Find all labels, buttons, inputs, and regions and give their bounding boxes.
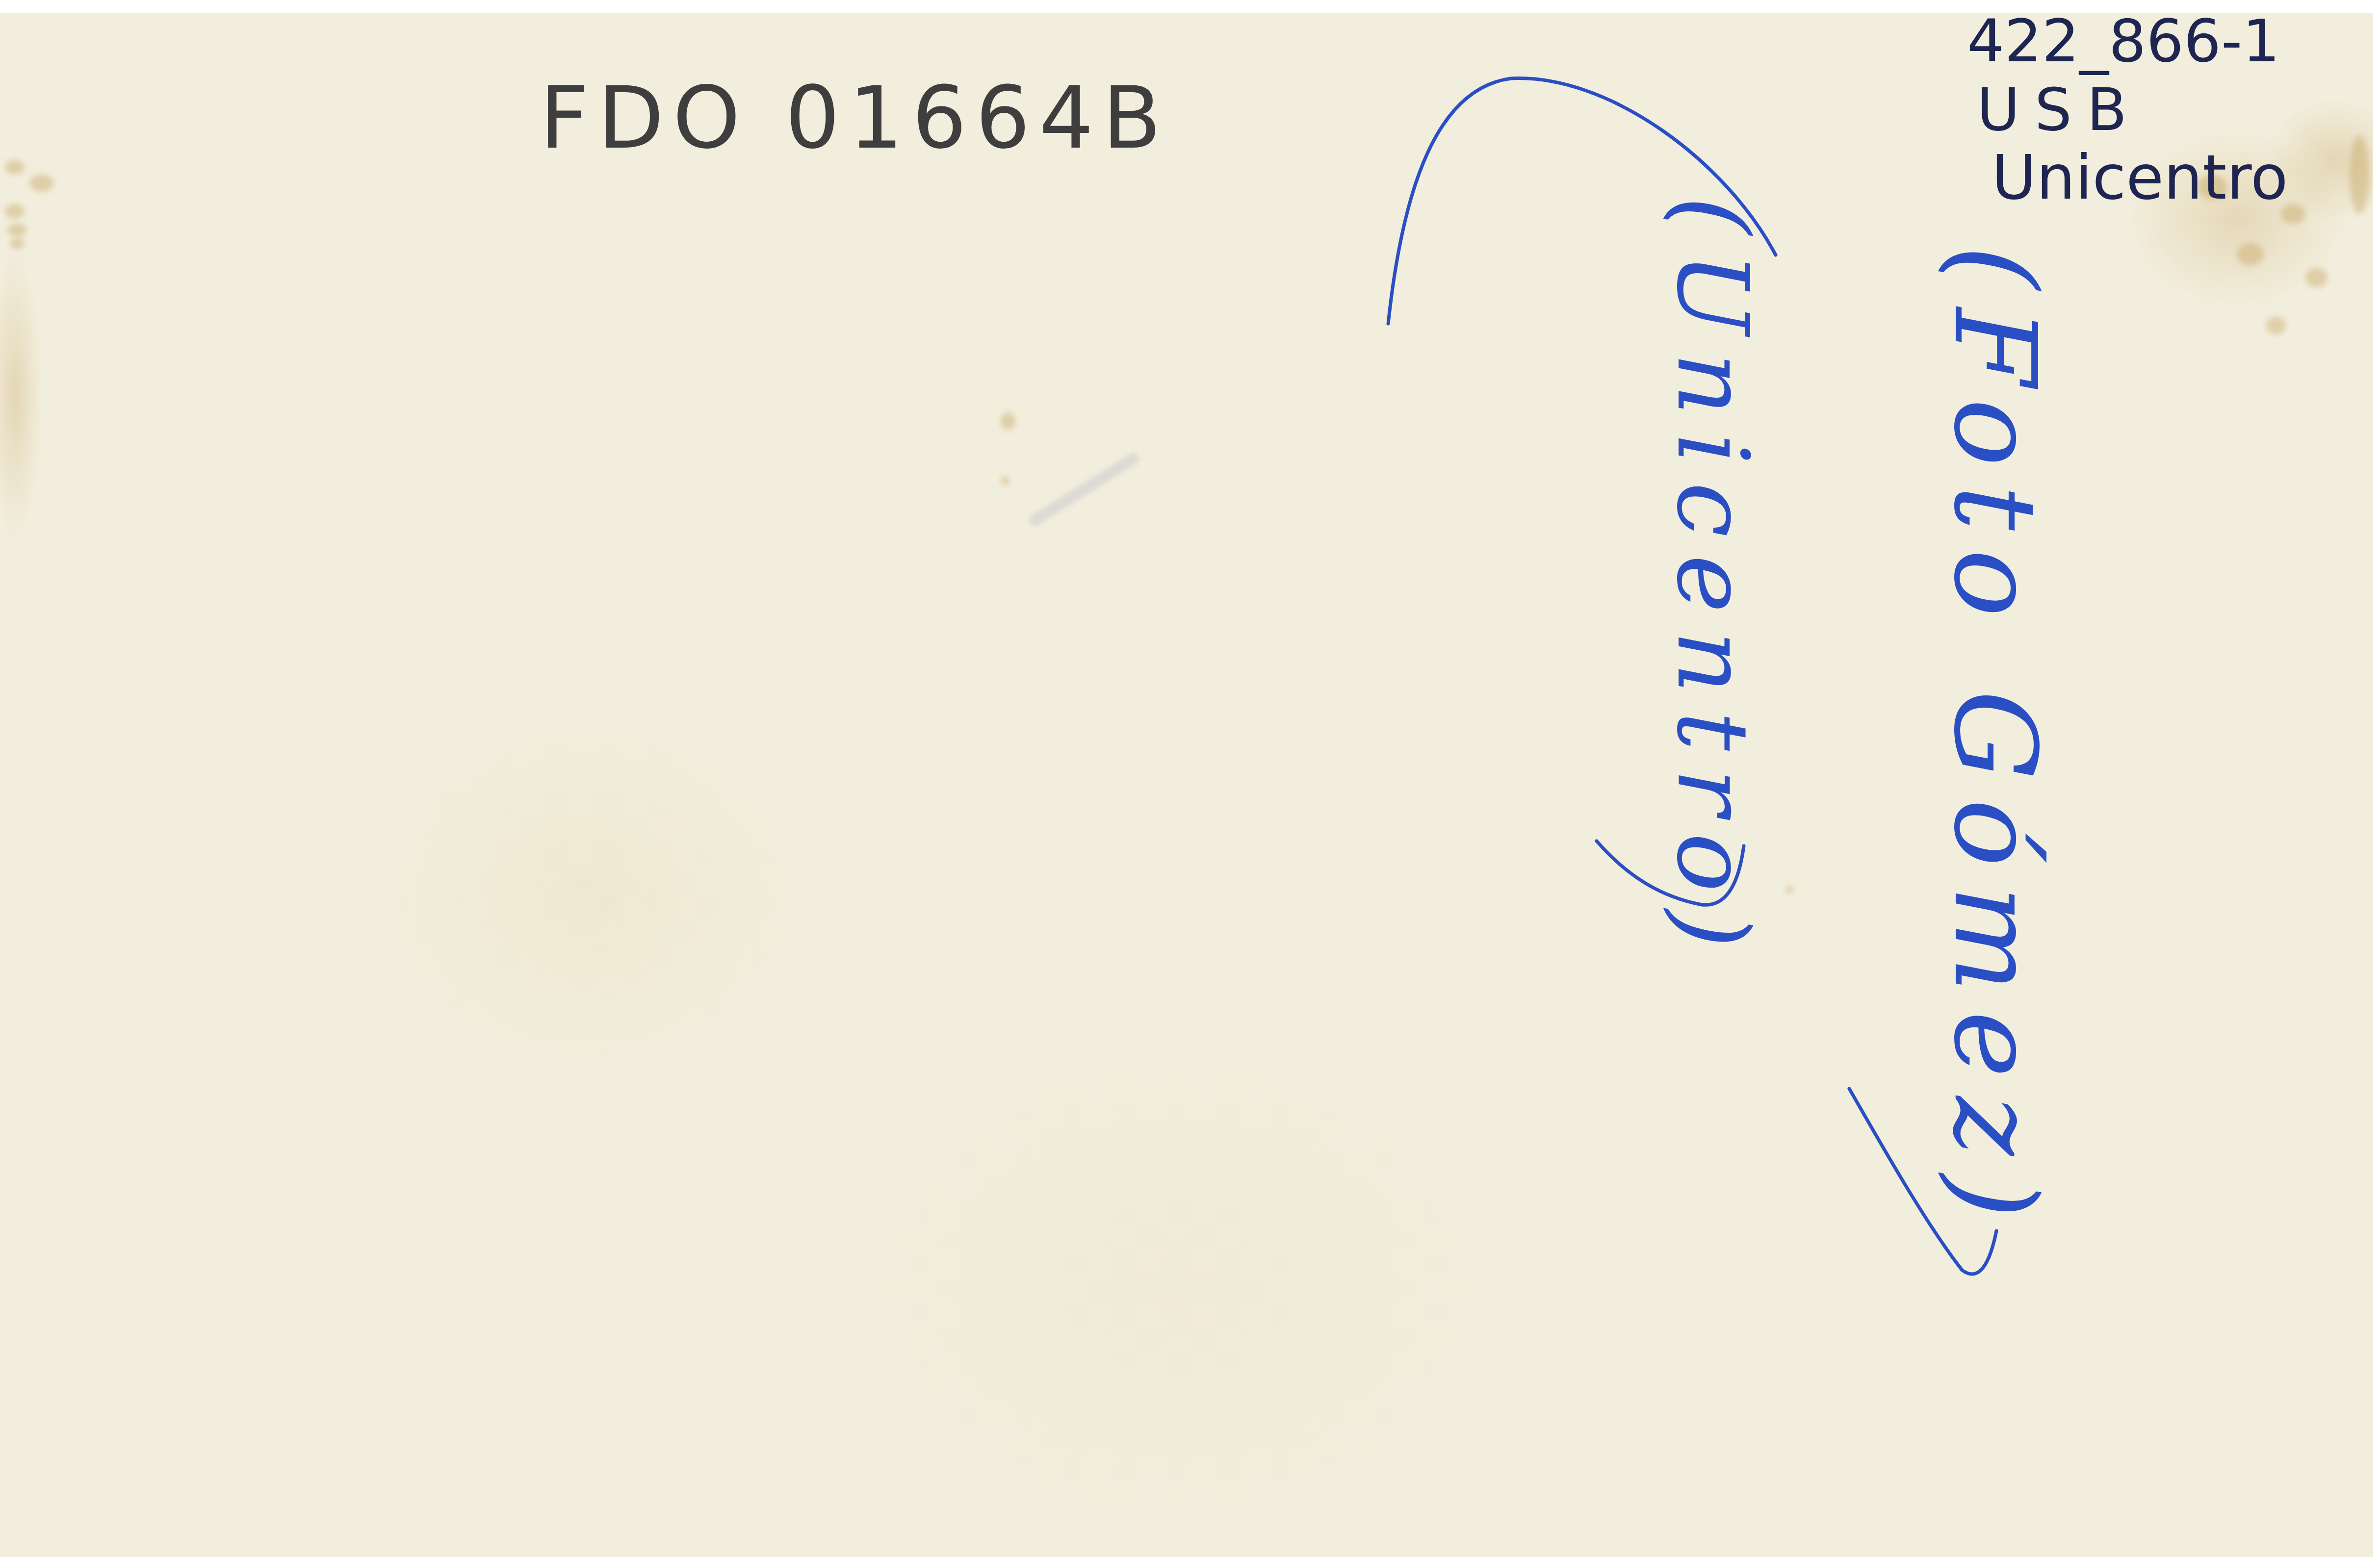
foxing-stain [1001, 412, 1015, 430]
location-credit: (Unicentro) [1663, 196, 1761, 966]
foxing-stain [7, 224, 27, 236]
faint-ink-smudge [1027, 451, 1141, 528]
foxing-stain [2305, 268, 2328, 287]
foxing-stain [10, 238, 25, 249]
foxing-stain [1001, 476, 1009, 485]
note-location: Unicentro [1992, 147, 2288, 208]
foxing-stain [2237, 243, 2264, 265]
foxing-stain [2266, 317, 2286, 334]
note-reference-number: 422_866-1 [1967, 12, 2280, 71]
foxing-stain [2350, 135, 2369, 214]
foxing-stain [5, 204, 25, 219]
foxing-stain [29, 175, 54, 192]
foxing-stain [5, 160, 25, 175]
pencil-catalog-id: FDO 01664B [540, 69, 1170, 168]
note-code: USB [1977, 81, 2142, 140]
foxing-stain [1785, 886, 1793, 893]
photographer-credit: (Foto Gómez) [1938, 245, 2050, 1237]
